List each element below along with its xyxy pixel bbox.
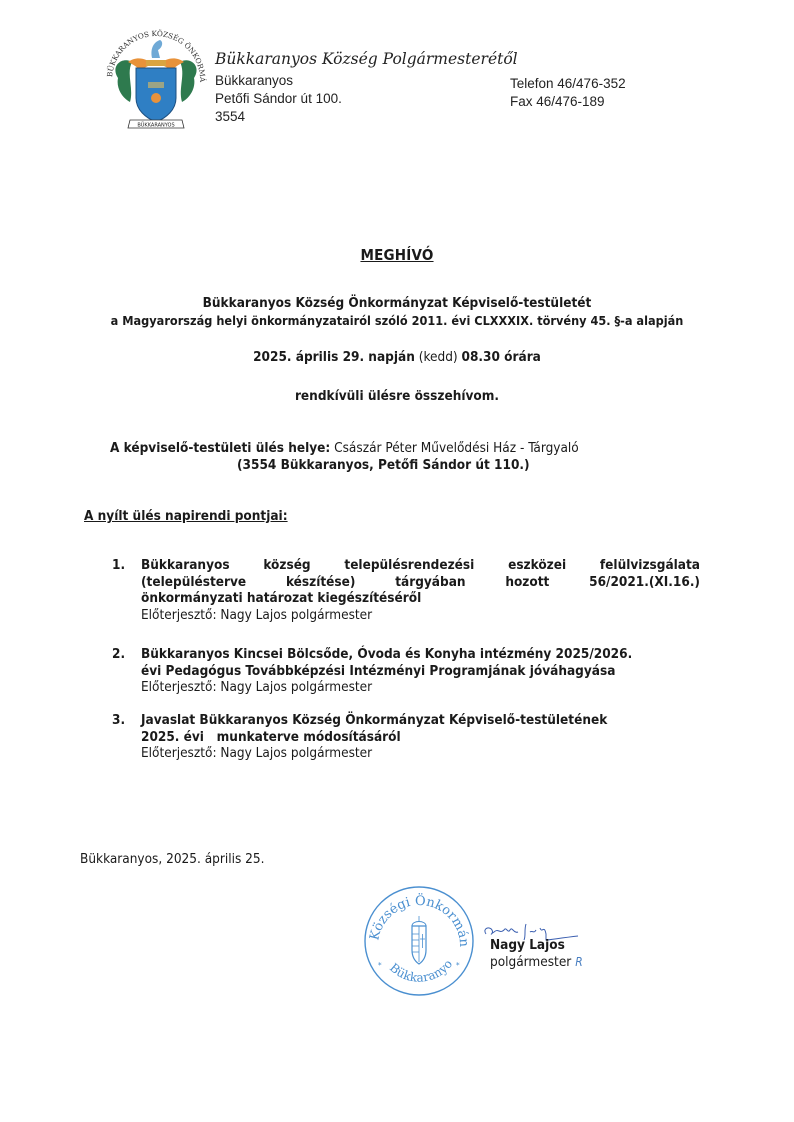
svg-text:*: * (456, 961, 460, 970)
address-street: Petőfi Sándor út 100. (215, 90, 342, 108)
meeting-time: 08.30 órára (462, 349, 541, 365)
agenda-item: 3. Javaslat Bükkaranyos Község Önkormány… (112, 712, 700, 762)
signer-initial: R (575, 955, 583, 969)
venue-name: Császár Péter Művelődési Ház - Tárgyaló (330, 440, 578, 456)
document-title: MEGHÍVÓ (0, 246, 794, 264)
meeting-date: 2025. április 29. napján (253, 349, 415, 365)
signer-name: Nagy Lajos (490, 937, 565, 953)
svg-text:Községi Önkormányzat: Községi Önkormányzat (362, 884, 471, 948)
agenda-item-title-line: Javaslat Bükkaranyos Község Önkormányzat… (141, 712, 700, 729)
agenda-item-presenter: Előterjesztő: Nagy Lajos polgármester (141, 607, 700, 624)
address-town: Bükkaranyos (215, 72, 342, 90)
session-type: rendkívüli ülésre összehívom. (0, 388, 794, 404)
venue-line: A képviselő-testületi ülés helye: Császá… (110, 440, 579, 456)
agenda-heading: A nyílt ülés napirendi pontjai: (84, 508, 288, 524)
signer-title: polgármesterR (490, 954, 583, 970)
addressee: Bükkaranyos Község Önkormányzat Képvisel… (0, 295, 794, 311)
agenda-item-title-line: (településterve készítése) tárgyában hoz… (141, 574, 700, 591)
meeting-weekday: (kedd) (415, 349, 462, 365)
agenda-item-number: 1. (112, 557, 125, 574)
agenda-item-title-line: Bükkaranyos község településrendezési es… (141, 557, 700, 574)
municipal-crest-logo: BÜKKARANYOS KÖZSÉG ÖNKORMÁNYZATA BÜKKARA… (100, 18, 212, 134)
agenda-item-title-line: évi Pedagógus Továbbképzési Intézményi P… (141, 663, 700, 680)
letterhead-title: Bükkaranyos Község Polgármesterétől (215, 50, 518, 68)
venue-label: A képviselő-testületi ülés helye: (110, 440, 330, 456)
address-postcode: 3554 (215, 108, 342, 126)
svg-text:*: * (378, 961, 382, 970)
letterhead-contact: Telefon 46/476-352 Fax 46/476-189 (510, 75, 626, 111)
phone-number: Telefon 46/476-352 (510, 75, 626, 93)
venue-address: (3554 Bükkaranyos, Petőfi Sándor út 110.… (237, 457, 530, 473)
fax-number: Fax 46/476-189 (510, 93, 626, 111)
agenda-item-number: 3. (112, 712, 125, 729)
agenda-item-presenter: Előterjesztő: Nagy Lajos polgármester (141, 745, 700, 762)
agenda-item-number: 2. (112, 646, 125, 663)
agenda-item-title-line: 2025. évi munkaterve módosításáról (141, 729, 700, 746)
official-stamp: Községi Önkormányzat Bükkaranyos * * (362, 884, 476, 998)
svg-text:BÜKKARANYOS: BÜKKARANYOS (137, 122, 174, 129)
agenda-item: 1. Bükkaranyos község településrendezési… (112, 557, 700, 623)
legal-basis: a Magyarország helyi önkormányzatairól s… (0, 313, 794, 328)
signer-title-text: polgármester (490, 954, 571, 970)
agenda-item: 2. Bükkaranyos Kincsei Bölcsőde, Óvoda é… (112, 646, 700, 696)
agenda-item-presenter: Előterjesztő: Nagy Lajos polgármester (141, 679, 700, 696)
agenda-item-title-line: Bükkaranyos Kincsei Bölcsőde, Óvoda és K… (141, 646, 700, 663)
place-and-date: Bükkaranyos, 2025. április 25. (80, 851, 264, 867)
meeting-datetime: 2025. április 29. napján (kedd) 08.30 ór… (0, 349, 794, 365)
agenda-item-title-line: önkormányzati határozat kiegészítéséről (141, 590, 700, 607)
letterhead-address: Bükkaranyos Petőfi Sándor út 100. 3554 (215, 72, 342, 126)
